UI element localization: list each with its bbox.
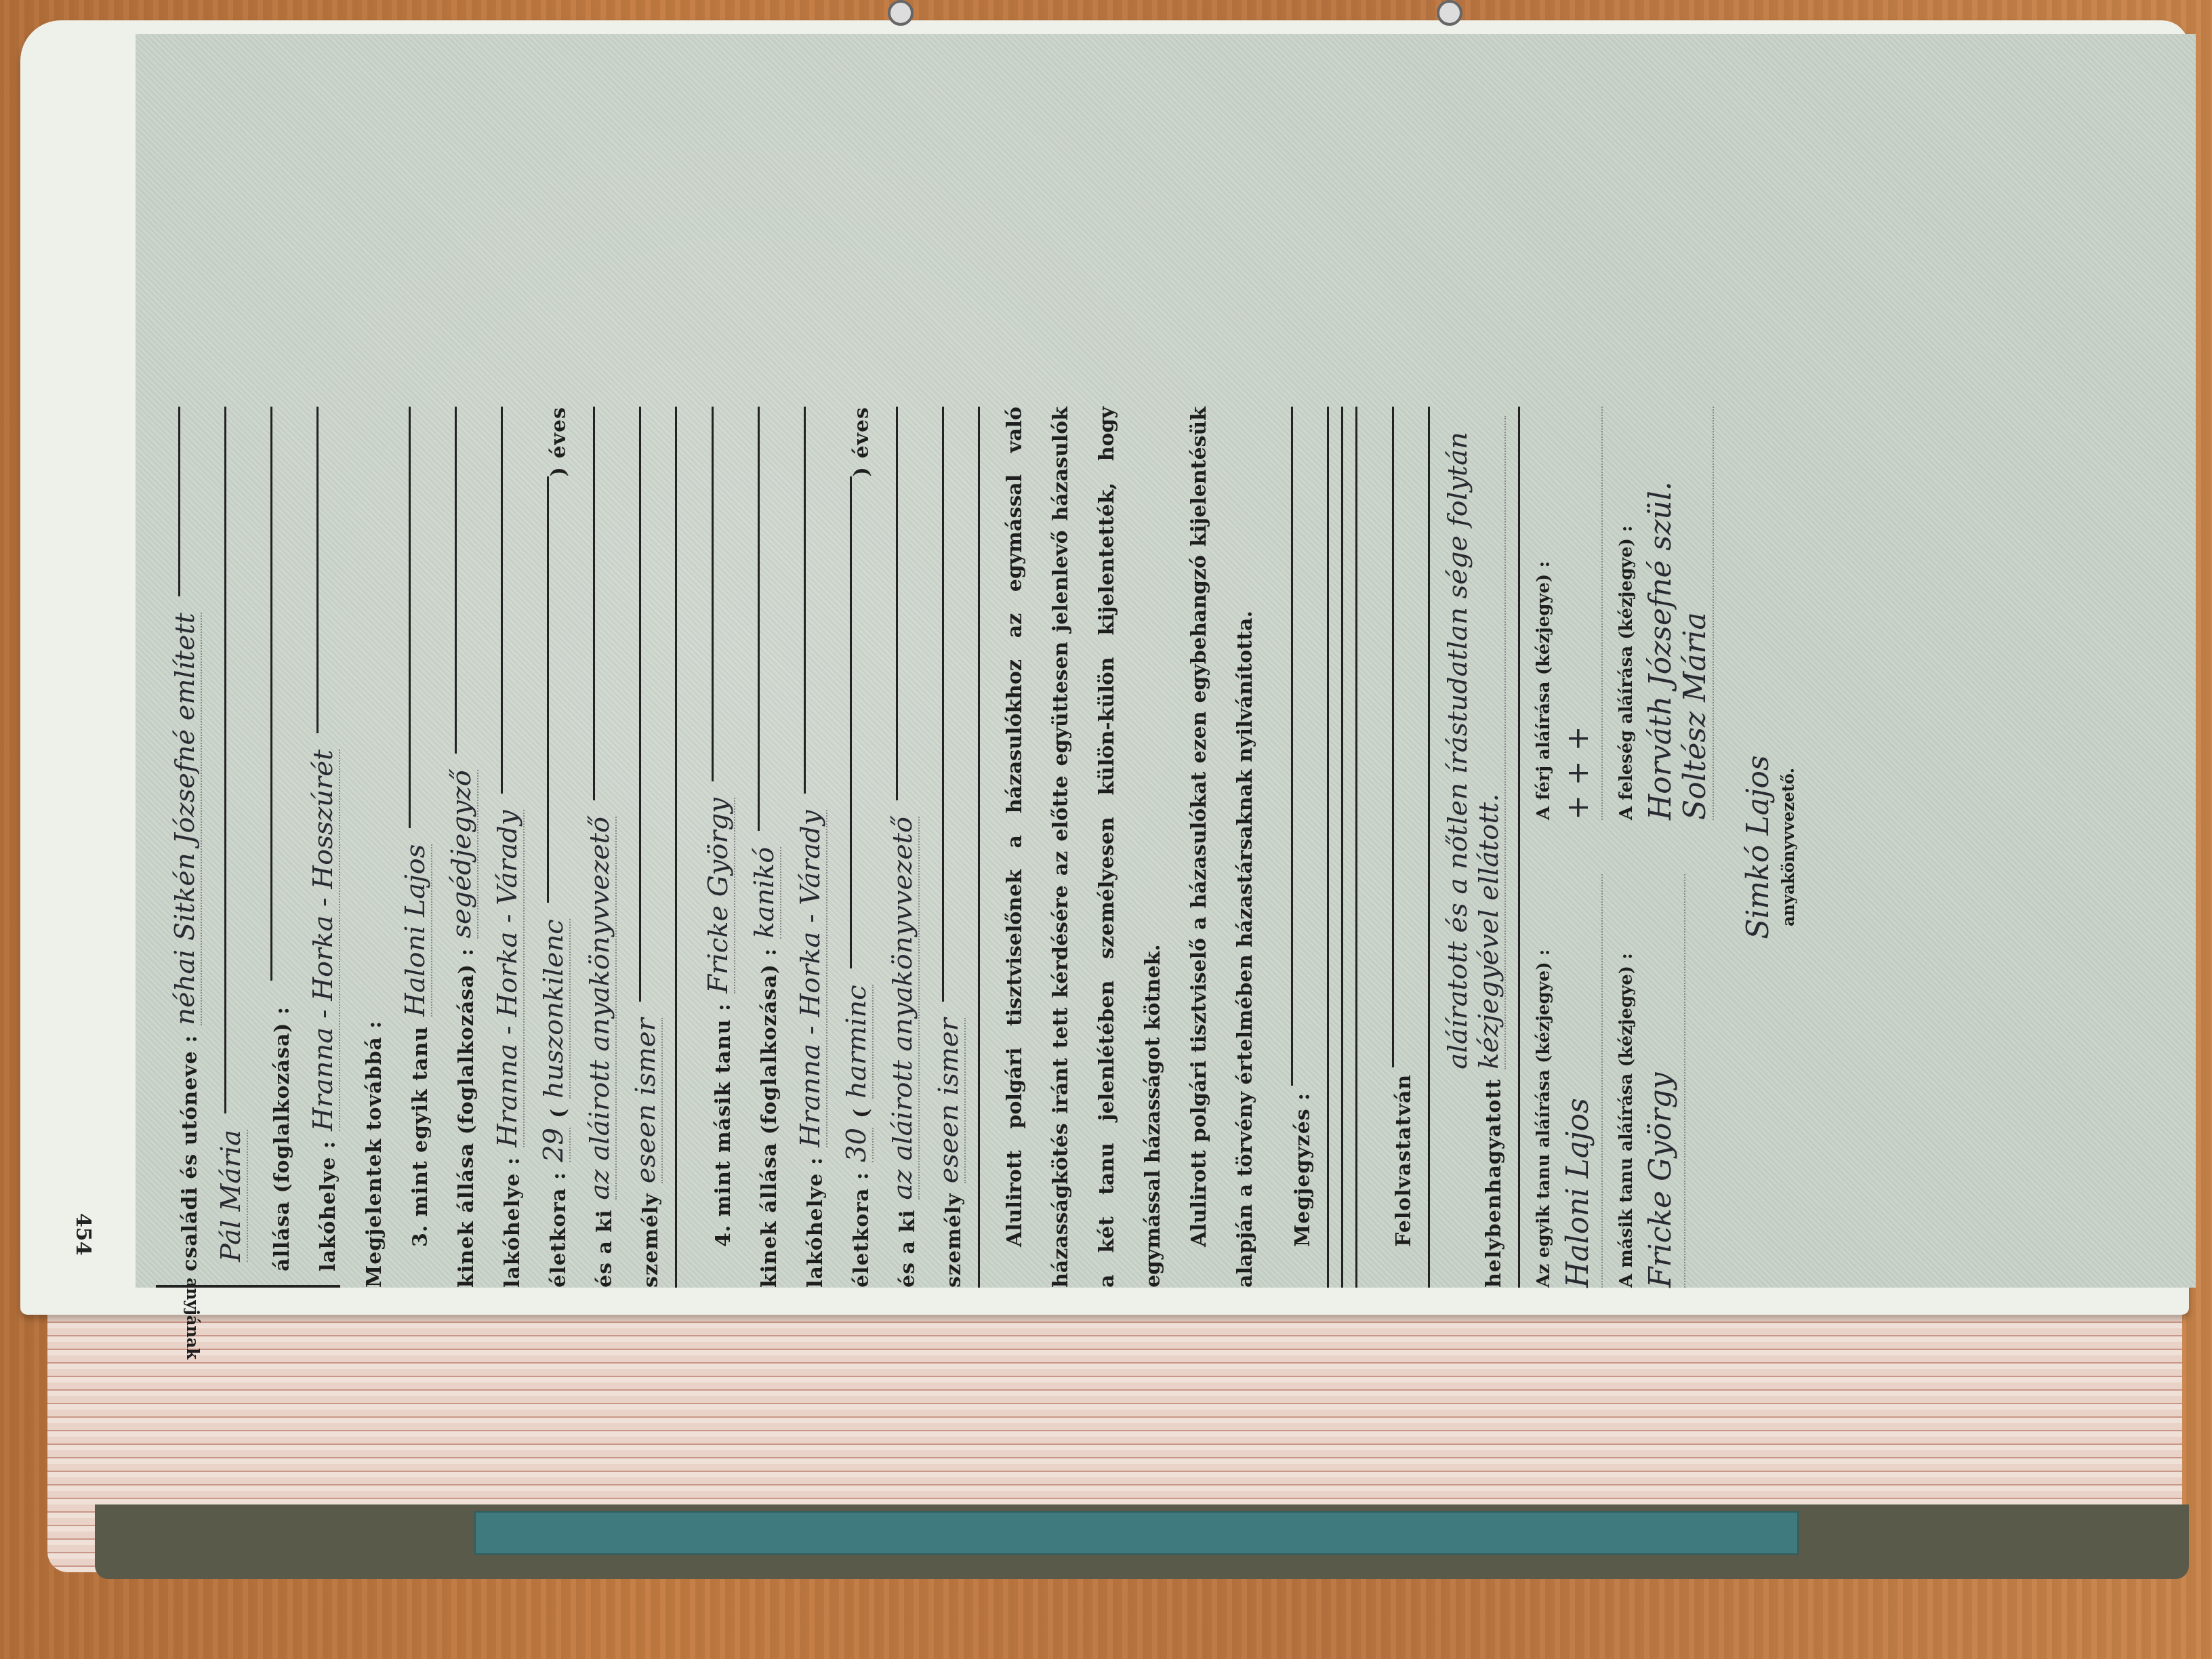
paren-open: ( (850, 1108, 874, 1118)
witness1-signature-label: Az egyik tanu aláírása (kézjegye) : (1534, 874, 1554, 1288)
remarks-label: Megjegyzés : (1291, 1092, 1315, 1247)
confirmed-row: helybenhagyatott aláíratott és a nőtlen … (1442, 407, 1506, 1288)
witness2-residence-row: lakóhelye : Hranna - Horka - Várady (781, 407, 827, 1288)
witness2-person-value: eseen ismer (933, 1018, 966, 1183)
witness2-occupation-value: kanikó (749, 847, 781, 939)
signature-row-2: A másik tanu aláírása (kézjegye) : Frick… (1616, 407, 1714, 1288)
witness2-age-row: életkora : 30 ( harminc ) éves (827, 407, 874, 1288)
remarks-line (1355, 407, 1357, 1288)
mother-side-label: anyjának (183, 1277, 203, 1359)
appeared-label: Megjelentek továbbá : (363, 1021, 386, 1288)
appeared-row: Megjelentek továbbá : (340, 407, 386, 1288)
witness2-known-value: az aláirott anyakönyvvezető (887, 817, 920, 1200)
registrar-label: anyakönyvvezető. (1778, 768, 1798, 926)
witness1-signature: Az egyik tanu aláírása (kézjegye) : Halo… (1534, 874, 1603, 1288)
section-divider (978, 407, 980, 1288)
fill-line (224, 407, 226, 1113)
witness1-residence-label: lakóhelye : (501, 1157, 525, 1288)
witness2-occupation-row: kinek állása (foglalkozása) : kanikó (735, 407, 781, 1288)
husband-signature-label: A férj aláírása (kézjegye) : (1534, 407, 1554, 820)
fill-line (316, 407, 319, 733)
witness1-signature-value: Haloni Lajos (1561, 874, 1603, 1288)
confirmed-label: helybenhagyatott (1482, 1079, 1506, 1288)
witness1-person-value: eseen ismer (630, 1018, 663, 1183)
fill-line (270, 407, 272, 981)
read-row: Felolvastatván (1370, 407, 1416, 1288)
fill-line (639, 407, 641, 1002)
witness1-residence-value: Hranna - Horka - Várady (492, 811, 525, 1148)
witness2-known-label: és a ki (896, 1210, 920, 1288)
witness2-signature-label: A másik tanu aláírása (kézjegye) : (1616, 874, 1637, 1288)
marriage-register-form: anyjának családi és utóneve : néhai Sitk… (156, 407, 2121, 1288)
witness2-residence-value: Hranna - Horka - Várady (795, 811, 827, 1148)
witness1-person-label: személy (639, 1193, 663, 1288)
witness1-title-row: 3. mint egyik tanu Haloni Lajos (386, 407, 432, 1288)
witness1-age-suffix: ) éves (547, 407, 571, 476)
witness1-title: 3. mint egyik tanu (409, 1026, 432, 1247)
mother-name-label: családi és utóneve : (178, 1035, 202, 1271)
witness1-age-words: huszonkilenc (538, 919, 571, 1099)
witness2-age-value: 30 (841, 1128, 874, 1162)
fill-line (804, 407, 806, 794)
fill-line (1291, 407, 1293, 1086)
witness1-name: Haloni Lajos (400, 844, 432, 1017)
witness2-name: Fricke György (703, 798, 735, 994)
section-divider (1428, 407, 1430, 1288)
mother-occupation-label: állása (foglalkozása) : (270, 1006, 294, 1271)
witness2-signature-value: Fricke György (1643, 874, 1685, 1288)
paren-open: ( (547, 1108, 571, 1118)
fill-line (850, 476, 852, 968)
witness1-known-label: és a ki (593, 1210, 617, 1288)
witness1-occupation-label: kinek állása (foglalkozása) : (455, 948, 478, 1288)
witness1-age-row: életkora : 29 ( huszonkilenc ) éves (525, 407, 571, 1288)
witness2-title-row: 4. mint másik tanu : Fricke György (689, 407, 735, 1288)
mother-residence-label: lakóhelye : (316, 1141, 340, 1271)
mother-residence-value: Hranna - Horka - Hosszúrét (308, 750, 340, 1131)
wife-signature: A feleség aláírása (kézjegye) : Horváth … (1616, 407, 1714, 820)
book-cloth-binding (474, 1511, 1799, 1555)
fill-line (758, 407, 760, 831)
fill-line (547, 476, 549, 903)
witness2-known-row: és a ki az aláirott anyakönyvvezető (874, 407, 920, 1288)
witness1-occupation-value: segédjegyző (446, 770, 478, 939)
fill-line (896, 407, 898, 800)
pronouncement-paragraph: Alulirott polgári tisztviselő a házasuló… (1176, 407, 1269, 1288)
signature-row-1: Az egyik tanu aláírása (kézjegye) : Halo… (1534, 407, 1603, 1288)
fill-line (455, 407, 457, 754)
fill-line (409, 407, 411, 828)
witness2-age-words: harminc (841, 985, 874, 1099)
witness2-person-row: személy eseen ismer (920, 407, 966, 1288)
witness1-known-value: az aláirott anyakönyvvezető (584, 817, 617, 1200)
witness2-person-label: személy (942, 1193, 966, 1288)
mother-occupation-row: állása (foglalkozása) : (248, 407, 294, 1271)
witness2-age-label: életkora : (850, 1172, 874, 1288)
husband-signature-value: + + + (1561, 407, 1603, 820)
witness1-occupation-row: kinek állása (foglalkozása) : segédjegyz… (432, 407, 478, 1288)
witness2-residence-label: lakóhelye : (804, 1157, 827, 1288)
wife-signature-label: A feleség aláírása (kézjegye) : (1616, 407, 1637, 820)
witness2-age-suffix: ) éves (850, 407, 874, 476)
remarks-row: Megjegyzés : (1269, 407, 1315, 1288)
fill-line (178, 407, 180, 596)
registrar-signature: Simkó Lajos anyakönyvvezető. (1741, 407, 1799, 1288)
declaration-paragraph: Alulirott polgári tisztviselőnek a házas… (992, 407, 1176, 1288)
page-number: 454 (71, 1213, 95, 1256)
fill-line (1392, 407, 1394, 1067)
mother-block: anyjának családi és utóneve : néhai Sitk… (156, 407, 340, 1288)
binder-ring-icon (1437, 0, 1462, 26)
witness1-age-label: életkora : (547, 1172, 571, 1288)
binder-ring-icon (888, 0, 914, 26)
section-divider (1518, 407, 1520, 1288)
witness2-title: 4. mint másik tanu : (712, 1003, 735, 1247)
witness2-signature: A másik tanu aláírása (kézjegye) : Frick… (1616, 874, 1714, 1288)
husband-signature: A férj aláírása (kézjegye) : + + + (1534, 407, 1603, 820)
mother-name-row-2: Pál Mária (202, 407, 248, 1271)
remarks-line (1341, 407, 1343, 1288)
remarks-line (1327, 407, 1329, 1288)
read-label: Felolvastatván (1392, 1074, 1416, 1247)
mother-name-value: néhai Sitkén Józsefné említett (169, 613, 202, 1025)
fill-line (593, 407, 595, 800)
witness1-known-row: és a ki az aláirott anyakönyvvezető (571, 407, 617, 1288)
witness1-person-row: személy eseen ismer (617, 407, 663, 1288)
section-divider (675, 407, 677, 1288)
fill-line (501, 407, 503, 794)
witness1-residence-row: lakóhelye : Hranna - Horka - Várady (478, 407, 525, 1288)
confirmed-value: aláíratott és a nőtlen írástudatlan sége… (1442, 416, 1506, 1069)
mother-name-row: családi és utóneve : néhai Sitkén József… (156, 407, 202, 1271)
witness1-age-value: 29 (538, 1128, 571, 1162)
fill-line (712, 407, 714, 781)
witness2-occupation-label: kinek állása (foglalkozása) : (758, 948, 781, 1288)
mother-name-value-2: Pál Mária (216, 1130, 248, 1262)
registrar-signature-value: Simkó Lajos (1741, 407, 1776, 1288)
wife-signature-value: Horváth Józsefné szül. Soltész Mária (1643, 407, 1714, 820)
fill-line (942, 407, 944, 1002)
mother-residence-row: lakóhelye : Hranna - Horka - Hosszúrét (294, 407, 340, 1271)
